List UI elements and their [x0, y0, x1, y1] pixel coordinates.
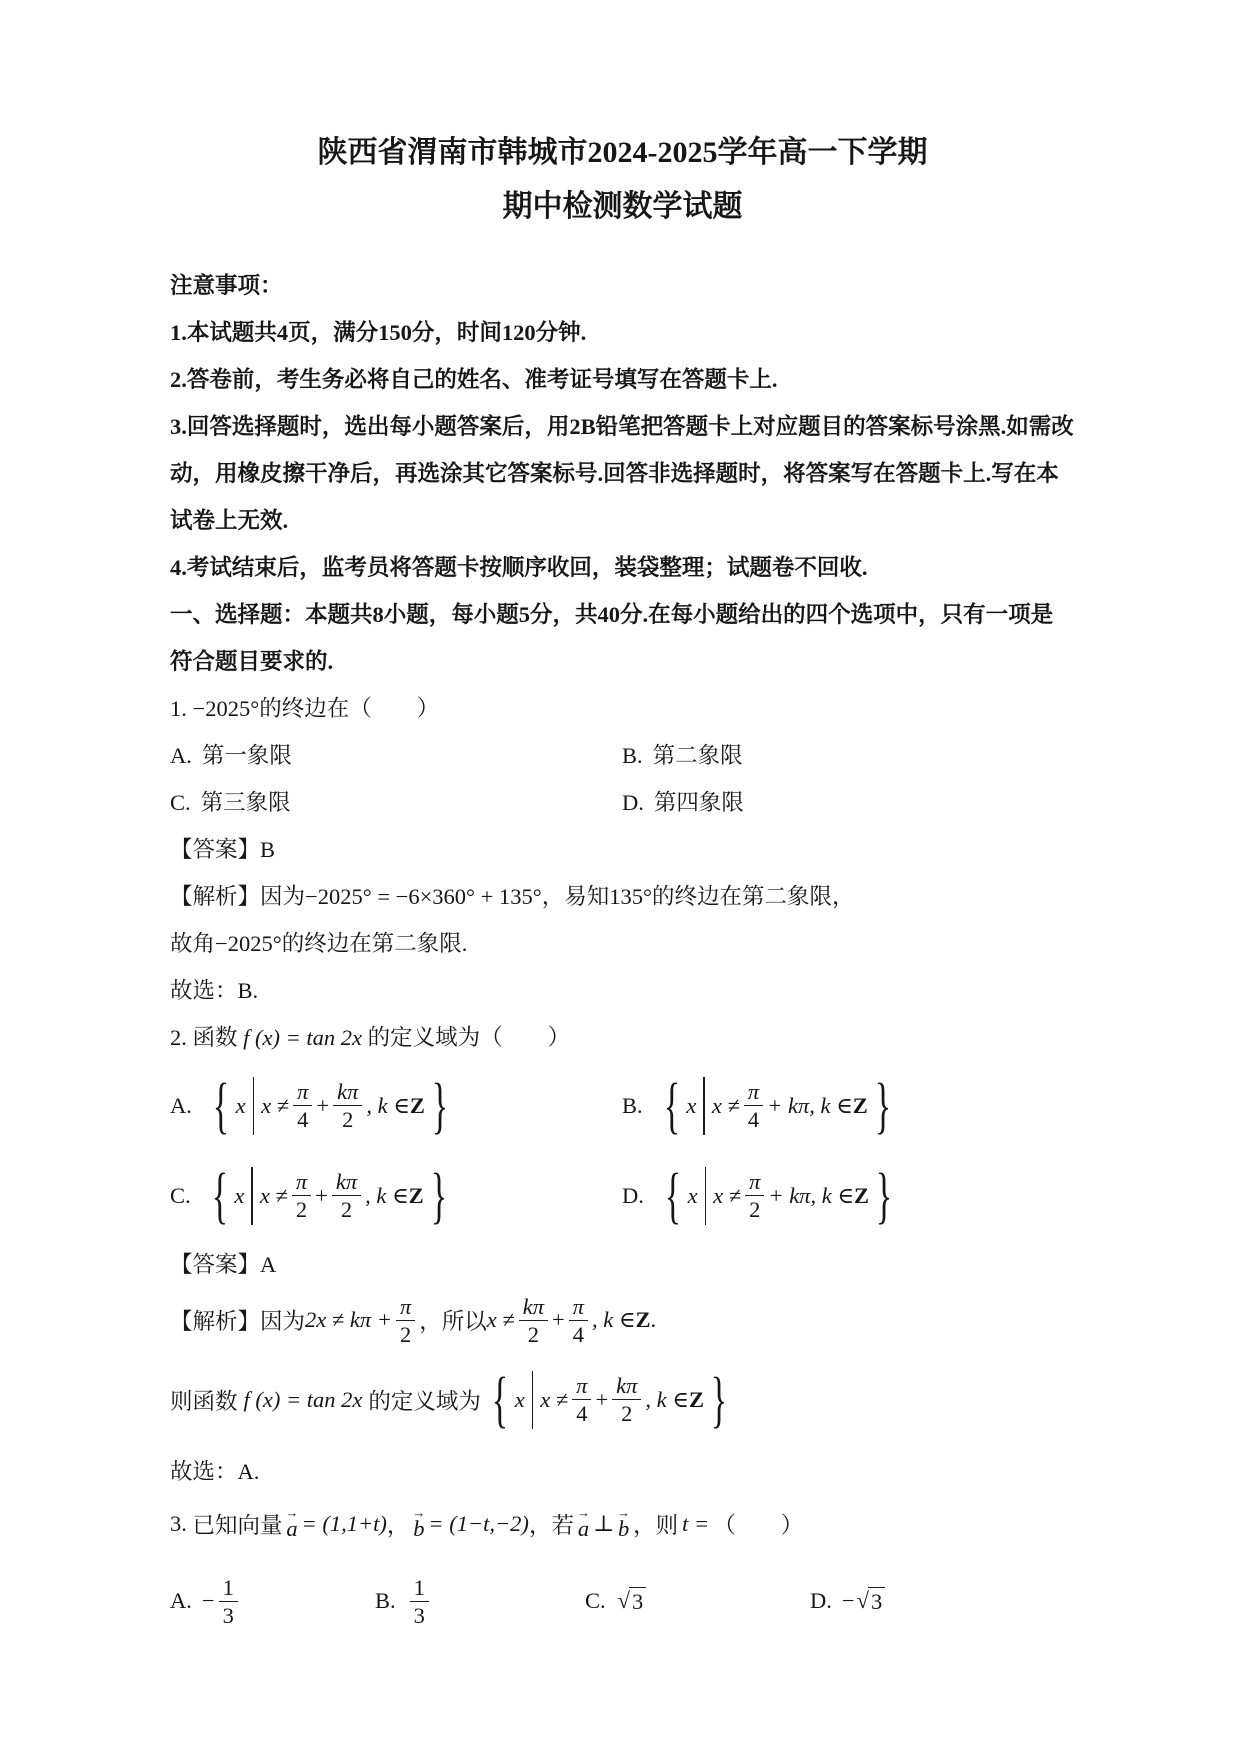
option-3C: C. √3: [585, 1587, 810, 1615]
option-3A-label: A.: [170, 1588, 192, 1614]
option-1B: B.第二象限: [622, 732, 1075, 779]
answer-label: 【答案】: [170, 837, 260, 862]
option-1C: C.第三象限: [170, 779, 622, 826]
set-tail: + kπ, k ∈: [768, 1183, 854, 1209]
question-2-stem-text: 函数: [193, 1025, 238, 1050]
question-3-number: 3.: [170, 1511, 187, 1537]
paper-title-line1: 陕西省渭南市韩城市2024-2025学年高一下学期: [170, 126, 1075, 180]
answer-value: A: [260, 1252, 276, 1277]
answer-label: 【答案】: [170, 1252, 260, 1277]
analysis-text: 的终边在第二象限，: [652, 884, 855, 909]
t-equals: t =: [682, 1511, 709, 1537]
question-1-stem: 1. −2025°的终边在（ ）: [170, 685, 1075, 732]
left-brace: {: [492, 1371, 508, 1430]
exam-paper-page: 陕西省渭南市韩城市2024-2025学年高一下学期 期中检测数学试题 注意事项：…: [0, 0, 1240, 1754]
fraction-numerator: kπ: [519, 1293, 548, 1321]
fraction-numerator: kπ: [612, 1372, 641, 1400]
radicand: 3: [868, 1587, 885, 1615]
integer-set-symbol: Z: [689, 1387, 704, 1413]
set-condition: x ≠: [713, 1183, 741, 1209]
option-1D-label: D.: [622, 790, 644, 815]
vector-a: →a: [577, 1510, 590, 1542]
integer-set-symbol: Z: [635, 1307, 650, 1333]
question-1-number: 1.: [170, 696, 187, 721]
set-notation: { x x ≠ π4 + kπ2 , k ∈ Z }: [206, 1077, 455, 1136]
question-2-options-row-2: C. { x x ≠ π2 + kπ2 , k ∈ Z } D. { x x ≠: [170, 1151, 1075, 1241]
question-1-analysis-line-2: 故角−2025°的终边在第二象限.: [170, 920, 1075, 967]
question-1-angle: −2025°: [193, 696, 260, 721]
vector-letter: b: [618, 1516, 629, 1542]
fraction-denominator: 2: [524, 1321, 543, 1348]
question-1-options-row-2: C.第三象限 D.第四象限: [170, 779, 1075, 826]
analysis-math: −2025° = −6×360° + 135°: [305, 884, 542, 909]
minus-sign: −: [842, 1588, 855, 1614]
vector-b: →b: [412, 1510, 425, 1542]
option-1A-label: A.: [170, 743, 192, 768]
question-3-paren: （ ）: [713, 1508, 803, 1540]
analysis-label: 【解析】: [170, 884, 260, 909]
vector-b-value: = (1−t,−2): [428, 1511, 529, 1537]
option-2B-label: B.: [622, 1093, 643, 1119]
question-1-stem-text: 的终边在（ ）: [259, 696, 439, 721]
question-1-analysis-line-1: 【解析】因为−2025° = −6×360° + 135°，易知135°的终边在…: [170, 873, 1075, 920]
option-2D-label: D.: [622, 1183, 644, 1209]
option-1D: D.第四象限: [622, 779, 1075, 826]
set-variable: x: [515, 1387, 525, 1413]
vector-letter: a: [578, 1516, 589, 1542]
analysis-text: 的终边在第二象限.: [282, 931, 468, 956]
analysis-text: ，易知: [542, 884, 610, 909]
analysis-text: 因为: [260, 1304, 305, 1336]
integer-set-symbol: Z: [854, 1183, 869, 1209]
fraction-numerator: π: [572, 1372, 591, 1400]
fraction: kπ2: [333, 1078, 362, 1133]
fraction-denominator: 3: [410, 1602, 429, 1629]
question-2-options-row-1: A. { x x ≠ π4 + kπ2 , k ∈ Z } B. { x x ≠: [170, 1061, 1075, 1151]
fraction-denominator: 2: [337, 1196, 356, 1223]
fraction-numerator: 1: [219, 1574, 238, 1602]
plus-sign: +: [595, 1387, 608, 1413]
fraction: π4: [744, 1078, 763, 1133]
vector-letter: b: [413, 1516, 424, 1542]
integer-set-symbol: Z: [409, 1183, 424, 1209]
option-1D-text: 第四象限: [654, 790, 744, 815]
right-brace: }: [711, 1371, 727, 1430]
set-variable: x: [234, 1183, 244, 1209]
set-divider: [532, 1371, 534, 1429]
title-block: 陕西省渭南市韩城市2024-2025学年高一下学期 期中检测数学试题: [170, 126, 1075, 234]
option-2C: C. { x x ≠ π2 + kπ2 , k ∈ Z }: [170, 1151, 622, 1241]
set-variable: x: [686, 1093, 696, 1119]
left-brace: {: [211, 1167, 227, 1226]
integer-set-symbol: Z: [853, 1093, 868, 1119]
set-notation: { x x ≠ π2 + kπ2 , k ∈ Z }: [205, 1167, 454, 1226]
set-divider: [705, 1167, 707, 1225]
plus-sign: +: [316, 1093, 329, 1119]
analysis-text: 故角: [170, 931, 215, 956]
fraction: kπ2: [332, 1168, 361, 1223]
notice-item-2: 2.答卷前，考生务必将自己的姓名、准考证号填写在答题卡上.: [170, 356, 1075, 403]
question-3-stem-text: ，若: [529, 1508, 574, 1540]
fraction-denominator: 4: [572, 1400, 591, 1427]
fraction: kπ2: [519, 1293, 548, 1348]
set-divider: [251, 1167, 253, 1225]
question-2-analysis-line-1: 【解析】 因为 2x ≠ kπ + π2 ，所以 x ≠ kπ2 + π4 , …: [170, 1288, 1075, 1352]
set-condition: x ≠: [540, 1387, 568, 1413]
fraction-numerator: π: [292, 1168, 311, 1196]
integer-set-symbol: Z: [410, 1093, 425, 1119]
set-condition: x ≠: [261, 1093, 289, 1119]
analysis-function: f (x) = tan 2x: [244, 1387, 363, 1413]
perpendicular-symbol: ⊥: [593, 1511, 614, 1537]
fraction-numerator: kπ: [332, 1168, 361, 1196]
question-2-stem-text: 的定义域为（ ）: [368, 1025, 571, 1050]
fraction-denominator: 4: [569, 1321, 588, 1348]
section-1-heading: 一、选择题：本题共8小题，每小题5分，共40分.在每小题给出的四个选项中，只有一…: [170, 591, 1075, 685]
analysis-math: 2x ≠ kπ +: [305, 1307, 392, 1333]
set-condition: x ≠: [260, 1183, 288, 1209]
option-2B: B. { x x ≠ π4 + kπ, k ∈ Z }: [622, 1061, 1075, 1151]
option-2C-label: C.: [170, 1183, 191, 1209]
notice-item-3: 3.回答选择题时，选出每小题答案后，用2B铅笔把答题卡上对应题目的答案标号涂黑.…: [170, 403, 1075, 544]
set-condition: x ≠: [712, 1093, 740, 1119]
set-notation: { x x ≠ π4 + kπ, k ∈ Z }: [657, 1077, 898, 1136]
set-tail: + kπ, k ∈: [767, 1093, 853, 1119]
question-2-choice: 故选：A.: [170, 1448, 1075, 1495]
option-2D: D. { x x ≠ π2 + kπ, k ∈ Z }: [622, 1151, 1075, 1241]
square-root: √3: [618, 1587, 647, 1615]
option-2A-label: A.: [170, 1093, 192, 1119]
fraction: 13: [410, 1574, 429, 1629]
option-3C-label: C.: [585, 1588, 606, 1614]
fraction: π4: [572, 1372, 591, 1427]
fraction-numerator: π: [293, 1078, 312, 1106]
left-brace: {: [213, 1077, 229, 1136]
option-2A: A. { x x ≠ π4 + kπ2 , k ∈ Z }: [170, 1061, 622, 1151]
option-3B-label: B.: [375, 1588, 396, 1614]
fraction-denominator: 4: [293, 1106, 312, 1133]
option-1C-label: C.: [170, 790, 191, 815]
fraction: π2: [745, 1168, 764, 1223]
answer-value: B: [260, 837, 275, 862]
option-1A-text: 第一象限: [202, 743, 292, 768]
set-variable: x: [236, 1093, 246, 1119]
analysis-math: x ≠: [487, 1307, 515, 1333]
fraction-denominator: 4: [744, 1106, 763, 1133]
fraction-numerator: π: [745, 1168, 764, 1196]
fraction: π4: [293, 1078, 312, 1133]
fraction-denominator: 3: [219, 1602, 238, 1629]
right-brace: }: [430, 1167, 446, 1226]
set-divider: [703, 1077, 705, 1135]
set-notation: { x x ≠ π4 + kπ2 , k ∈ Z }: [485, 1371, 734, 1430]
question-2-answer: 【答案】A: [170, 1241, 1075, 1288]
set-tail: , k ∈: [366, 1093, 410, 1119]
set-notation: { x x ≠ π2 + kπ, k ∈ Z }: [658, 1167, 899, 1226]
analysis-text: .: [651, 1307, 657, 1333]
square-root: √3: [857, 1587, 886, 1615]
option-1B-text: 第二象限: [653, 743, 743, 768]
fraction-denominator: 2: [617, 1400, 636, 1427]
fraction: π2: [292, 1168, 311, 1223]
question-3-options-row: A. − 13 B. 13 C. √3 D. − √3: [170, 1553, 1075, 1649]
vector-a: →a: [286, 1510, 299, 1542]
fraction-denominator: 2: [292, 1196, 311, 1223]
right-brace: }: [432, 1077, 448, 1136]
question-1-answer: 【答案】B: [170, 826, 1075, 873]
vector-a-value: = (1,1+t): [302, 1511, 387, 1537]
notice-heading: 注意事项：: [170, 262, 1075, 309]
question-2-function: f (x) = tan 2x: [243, 1025, 362, 1050]
fraction: π4: [569, 1293, 588, 1348]
analysis-text: 则函数: [170, 1384, 238, 1416]
option-3D-label: D.: [810, 1588, 832, 1614]
set-tail: , k ∈: [645, 1387, 689, 1413]
plus-sign: +: [552, 1307, 565, 1333]
fraction-numerator: π: [396, 1293, 415, 1321]
left-brace: {: [663, 1077, 679, 1136]
analysis-math: −2025°: [215, 931, 282, 956]
right-brace: }: [874, 1077, 890, 1136]
fraction: π2: [396, 1293, 415, 1348]
question-2-number: 2.: [170, 1025, 187, 1050]
set-divider: [253, 1077, 255, 1135]
fraction: kπ2: [612, 1372, 641, 1427]
question-1-choice: 故选：B.: [170, 967, 1075, 1014]
paper-title-line2: 期中检测数学试题: [170, 180, 1075, 234]
question-3-stem: 3. 已知向量 →a = (1,1+t) ， →b = (1−t,−2) ，若 …: [170, 1495, 1075, 1553]
notice-item-1: 1.本试题共4页，满分150分，时间120分钟.: [170, 309, 1075, 356]
minus-sign: −: [202, 1588, 215, 1614]
option-1C-text: 第三象限: [201, 790, 291, 815]
fraction-numerator: 1: [410, 1574, 429, 1602]
right-brace: }: [876, 1167, 892, 1226]
option-3B: B. 13: [375, 1574, 585, 1629]
question-3-stem-text: 已知向量: [193, 1508, 283, 1540]
option-3A: A. − 13: [170, 1574, 375, 1629]
question-2-stem: 2. 函数 f (x) = tan 2x 的定义域为（ ）: [170, 1014, 1075, 1061]
fraction: 13: [219, 1574, 238, 1629]
analysis-tail: , k ∈: [592, 1307, 636, 1333]
fraction-denominator: 2: [338, 1106, 357, 1133]
analysis-math: 135°: [609, 884, 652, 909]
fraction-numerator: π: [744, 1078, 763, 1106]
fraction-denominator: 2: [745, 1196, 764, 1223]
vector-b: →b: [617, 1510, 630, 1542]
question-1-options-row-1: A.第一象限 B.第二象限: [170, 732, 1075, 779]
notice-item-4: 4.考试结束后，监考员将答题卡按顺序收回，装袋整理；试题卷不回收.: [170, 544, 1075, 591]
option-3D: D. − √3: [810, 1587, 1075, 1615]
option-1B-label: B.: [622, 743, 643, 768]
comma: ，: [387, 1508, 410, 1540]
analysis-label: 【解析】: [170, 1304, 260, 1336]
fraction-denominator: 2: [396, 1321, 415, 1348]
fraction-numerator: kπ: [333, 1078, 362, 1106]
vector-letter: a: [286, 1516, 297, 1542]
fraction-numerator: π: [569, 1293, 588, 1321]
analysis-text: 的定义域为: [368, 1384, 481, 1416]
question-2-analysis-line-2: 则函数 f (x) = tan 2x 的定义域为 { x x ≠ π4 + kπ…: [170, 1352, 1075, 1448]
option-1A: A.第一象限: [170, 732, 622, 779]
analysis-text: ，所以: [419, 1304, 487, 1336]
set-variable: x: [688, 1183, 698, 1209]
radicand: 3: [629, 1587, 646, 1615]
set-tail: , k ∈: [365, 1183, 409, 1209]
analysis-text: 因为: [260, 884, 305, 909]
plus-sign: +: [315, 1183, 328, 1209]
question-3-stem-text: ，则: [633, 1508, 678, 1540]
left-brace: {: [665, 1167, 681, 1226]
